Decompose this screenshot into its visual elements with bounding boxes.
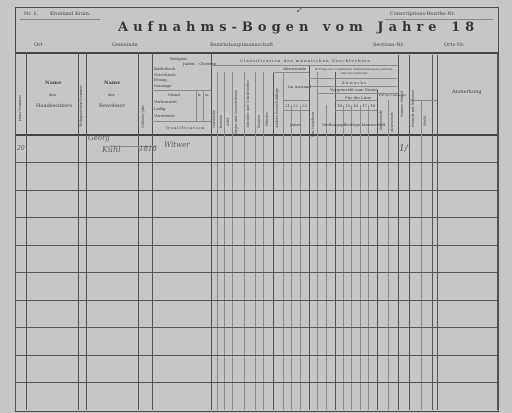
col-divider xyxy=(437,55,438,410)
classification-col-1: Geistliche xyxy=(212,110,216,128)
abwesende-rule xyxy=(273,72,309,73)
year-cell-5: 18 xyxy=(370,103,375,108)
col-divider xyxy=(26,52,27,410)
religion-row-3: Evang. xyxy=(154,77,168,82)
row-rule xyxy=(15,382,497,383)
row-qualification: Witwer xyxy=(164,141,190,149)
year-cell-3: 16 xyxy=(353,103,358,108)
row-geburtsjahr: 1818 xyxy=(139,145,157,153)
religion-row-1: Katholisch xyxy=(154,66,175,71)
year-cells-bottom-rule xyxy=(283,110,309,111)
crownland-underline xyxy=(20,19,100,20)
col-divider-thin xyxy=(244,72,245,410)
header-geburtsjahr: Geburts-Jahr xyxy=(141,105,145,128)
year-cell-1: 14 xyxy=(337,103,342,108)
zuwachs-label: Zuwachs xyxy=(342,80,367,85)
stand-row-2: Ledig xyxy=(154,106,165,111)
header-name-bewohner-3: Bewohner xyxy=(99,103,125,109)
col-divider xyxy=(152,52,153,410)
form-number: Nr. 1. xyxy=(24,11,38,17)
row-rule xyxy=(15,272,497,273)
row-rule xyxy=(15,245,497,246)
jahre-label: Jahre xyxy=(290,122,301,127)
stand-divider xyxy=(203,90,204,121)
header-name-hausbesitzer-3: Hausbesitzers xyxy=(36,103,72,109)
abwesende-sub-label: Im Ausland xyxy=(288,84,311,89)
col-divider xyxy=(15,52,16,410)
weibl-label: Weibl. xyxy=(423,115,427,126)
form-title: Aufnahms-Bogen vom Jahre 18 xyxy=(118,20,479,35)
col-divider-thin xyxy=(224,72,225,410)
col-divider xyxy=(86,52,87,410)
col-divider xyxy=(273,72,274,410)
fremde-label: Fremde mit Wohnort xyxy=(411,90,415,127)
year-cell-2: 15 xyxy=(345,103,350,108)
classification-col-5: Künstler und Schriftsteller xyxy=(246,80,250,127)
religion-row-4: Sonstige xyxy=(154,83,172,88)
row-rule xyxy=(15,217,497,218)
row-rule xyxy=(15,355,497,356)
abwesend-label: Abwesende xyxy=(390,112,394,132)
form-outer-frame xyxy=(15,7,499,412)
abwesende-label: Abwesende xyxy=(283,66,306,71)
col-divider xyxy=(432,55,433,410)
row-rule xyxy=(15,190,497,191)
abwesende-year-3: 23 xyxy=(302,103,307,108)
col-divider xyxy=(398,55,399,410)
religion-col-1: Juden xyxy=(183,61,195,66)
classification-col-4: Bürger und Gewerbsleute xyxy=(234,90,238,136)
header-name-bewohner-2: der xyxy=(108,92,115,97)
classification-col-8: Andere Erwerbsfähige xyxy=(275,88,279,128)
row-tally: 1/ xyxy=(399,144,408,154)
table-top-rule xyxy=(15,52,497,54)
anmerkung-label: Anmerkung xyxy=(452,89,482,95)
row-rule xyxy=(15,300,497,301)
col-divider xyxy=(211,52,212,410)
classification-col-2: Beamte xyxy=(219,115,223,129)
row-rule xyxy=(15,162,497,163)
rubric-rule xyxy=(309,78,398,79)
stand-col-1: k. xyxy=(198,92,202,97)
qualification-rule xyxy=(152,121,211,122)
gemeinde-label: Gemeinde xyxy=(112,42,138,48)
col-divider-thin xyxy=(283,72,284,410)
classification-title: Classification des männlichen Geschlecht… xyxy=(240,58,371,63)
col-divider xyxy=(138,52,139,410)
header-name-hausbesitzer-2: des xyxy=(49,92,56,97)
table-row: 20 Georg Kühl 1818 Witwer 1/ xyxy=(15,136,497,162)
classification-col-3: Adel xyxy=(226,118,230,126)
col-divider-thin xyxy=(255,72,256,410)
conscription-district-label: Conscriptions-Bezirks-Nr. xyxy=(390,11,455,17)
crownland-label: Kronland Krain. xyxy=(50,11,90,17)
row-rule xyxy=(15,327,497,328)
stand-row-1: Verheiratet xyxy=(154,99,177,104)
religion-col-2: Christen xyxy=(199,61,216,66)
vorjahren-label: Von Vorjahren xyxy=(311,112,315,137)
year-cell-4: 17 xyxy=(362,103,367,108)
col-divider-thin xyxy=(263,72,264,410)
header-name-bewohner-1: Name xyxy=(104,80,120,86)
summe-label: Summe Männl. xyxy=(400,90,404,117)
rubric-title: In Folge des vorjährigen Aufnahmebogens … xyxy=(312,67,396,75)
qualification-label: Qualification xyxy=(166,125,205,130)
classification-col-7: Häusler xyxy=(265,112,269,126)
linie-year-bottom-rule xyxy=(335,110,377,111)
col-divider xyxy=(409,55,410,410)
vorgemerkt-label: Vorgemerkt zum Dienst xyxy=(330,87,378,92)
stand-row-3: Verwitwet xyxy=(154,113,175,118)
row-haus-nummer: 20 xyxy=(17,145,25,152)
stand-title: Stand xyxy=(168,92,180,97)
bezirk-label: Bezirkshauptmannschaft xyxy=(210,42,273,48)
year-cells-top-rule xyxy=(283,100,309,101)
col-divider-thin xyxy=(232,72,233,410)
fuer-linie-label: Für die Linie xyxy=(345,95,371,100)
col-divider-thin xyxy=(217,72,218,410)
classification-col-6: Bauern xyxy=(257,115,261,128)
section-number-label: Sections-Nr. xyxy=(373,42,404,48)
header-haus-nummer: Haus-Nummer xyxy=(18,95,22,121)
row-bewohner-first: Georg xyxy=(88,134,110,142)
stand-divider xyxy=(196,90,197,121)
col-divider xyxy=(497,52,498,410)
col-divider xyxy=(309,65,310,410)
stand-col-2: w. xyxy=(205,92,209,97)
abwesende-year-2: 22 xyxy=(293,103,298,108)
ort-label: Ort xyxy=(34,42,43,48)
header-name-hausbesitzer-1: Name xyxy=(45,80,61,86)
abwesende-year-1: 21 xyxy=(285,103,290,108)
header-wohnparteien: Wohnparteien-Nummer xyxy=(79,85,83,127)
census-form-sheet: Nr. 1. Kronland Krain. Conscriptions-Bez… xyxy=(0,0,512,413)
ort-number-label: Orts-Nr. xyxy=(444,42,465,48)
stellungspflicht-label: Stellungspflichtige Mannschaft xyxy=(322,122,385,127)
anwesend-label: Anwesende xyxy=(379,110,383,130)
col-divider-thin xyxy=(317,72,318,410)
title-check-mark: ✓ xyxy=(295,6,303,16)
linie-year-top-rule xyxy=(335,100,377,101)
